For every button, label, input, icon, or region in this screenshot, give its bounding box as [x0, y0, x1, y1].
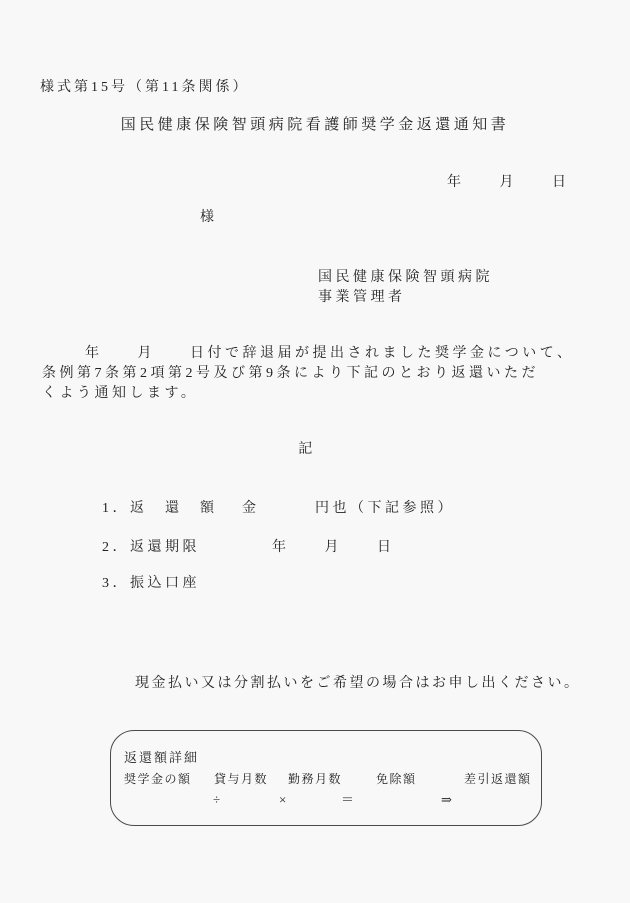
arrow-operator: ⇒: [441, 791, 452, 809]
item-label: 振込口座: [130, 574, 200, 594]
item-label: 返 還 額 金: [130, 499, 260, 519]
body-paragraph-line-3: くよう通知します。: [42, 384, 198, 404]
item-number: 3．: [102, 574, 130, 594]
form-number: 様式第15号（第11条関係）: [40, 78, 249, 98]
date-line: 年 月 日: [447, 173, 570, 193]
addressee-suffix: 様: [200, 208, 218, 228]
column-net-repayment: 差引返還額: [464, 770, 532, 788]
multiply-operator: ×: [279, 791, 286, 809]
item-label: 返還期限: [130, 538, 200, 558]
item-number: 1．: [102, 499, 130, 519]
ki-heading: 記: [0, 440, 614, 460]
column-exemption-amount: 免除額: [376, 770, 417, 788]
column-work-months: 勤務月数: [288, 770, 342, 788]
sender-role: 事業管理者: [318, 288, 406, 308]
column-loan-months: 貸与月数: [214, 770, 268, 788]
equals-operator: ＝: [341, 791, 354, 809]
item-value: 年 月 日: [272, 538, 395, 558]
item-repayment-amount: 1． 返 還 額 金 円也（下記参照）: [0, 499, 630, 519]
body-paragraph-line-2: 条例第7条第2項第2号及び第9条により下記のとおり返還いただ: [42, 364, 539, 384]
item-repayment-deadline: 2． 返還期限 年 月 日: [0, 538, 630, 558]
item-number: 2．: [102, 538, 130, 558]
document-title: 国民健康保険智頭病院看護師奨学金返還通知書: [0, 115, 630, 135]
document-page: 様式第15号（第11条関係） 国民健康保険智頭病院看護師奨学金返還通知書 年 月…: [0, 0, 630, 903]
detail-box-title: 返還額詳細: [124, 749, 199, 767]
payment-note: 現金払い又は分割払いをご希望の場合はお申し出ください。: [135, 674, 581, 694]
item-value: 円也（下記参照）: [315, 499, 455, 519]
repayment-detail-box: 返還額詳細 奨学金の額 貸与月数 勤務月数 免除額 差引返還額 ÷ × ＝ ⇒: [110, 730, 542, 826]
body-paragraph-line-1: 年 月 日付で辞退届が提出されました奨学金について、: [85, 344, 574, 364]
column-scholarship-amount: 奨学金の額: [124, 770, 192, 788]
item-transfer-account: 3． 振込口座: [0, 574, 630, 594]
sender-organization: 国民健康保険智頭病院: [318, 268, 493, 288]
divide-operator: ÷: [213, 791, 220, 809]
